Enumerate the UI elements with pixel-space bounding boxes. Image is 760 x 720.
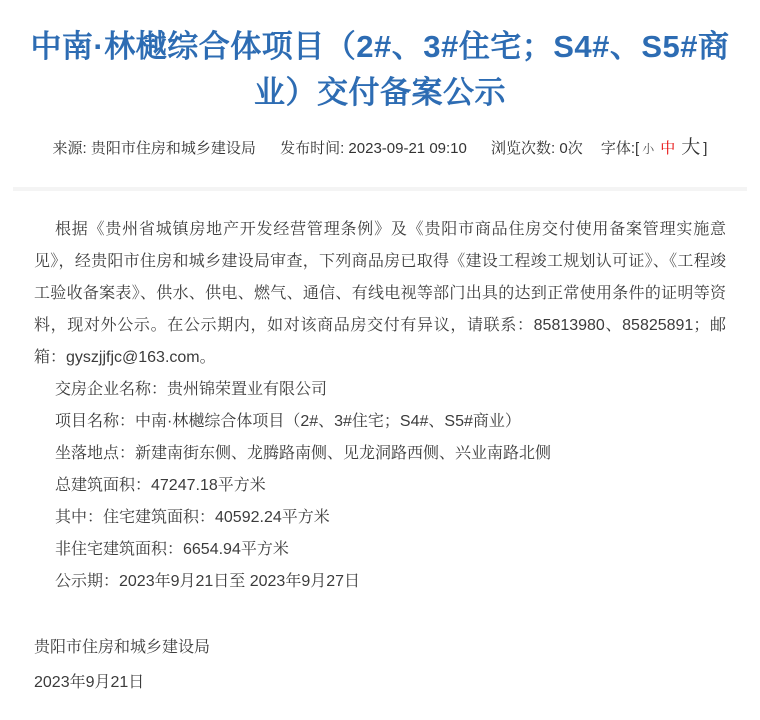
signature-date: 2023年9月21日	[34, 665, 714, 700]
font-size-medium-button[interactable]: 中	[660, 140, 675, 157]
font-size-bracket-close: ]	[703, 140, 707, 157]
font-size-control: 字体:[小中大]	[601, 132, 708, 159]
location-line: 坐落地点：新建南街东侧、龙腾路南侧、见龙洞路西侧、兴业南路北侧	[34, 438, 726, 470]
article-body: 根据《贵州省城镇房地产开发经营管理条例》及《贵阳市商品住房交付使用备案管理实施意…	[0, 191, 760, 700]
meta-view-count: 浏览次数: 0次	[491, 137, 583, 158]
view-count-label: 浏览次数:	[491, 140, 555, 157]
total-area-line: 总建筑面积：47247.18平方米	[34, 470, 726, 502]
publish-time-value: 2023-09-21 09:10	[348, 140, 466, 157]
project-name-line: 项目名称：中南·林樾综合体项目（2#、3#住宅；S4#、S5#商业）	[34, 406, 726, 438]
source-value: 贵阳市住房和城乡建设局	[91, 140, 256, 157]
signature-block: 贵阳市住房和城乡建设局 2023年9月21日	[34, 630, 726, 700]
main-paragraph: 根据《贵州省城镇房地产开发经营管理条例》及《贵阳市商品住房交付使用备案管理实施意…	[34, 214, 726, 374]
source-label: 来源:	[53, 140, 87, 157]
meta-publish-time: 发布时间: 2023-09-21 09:10	[280, 137, 467, 158]
view-count-value: 0次	[559, 140, 582, 157]
non-residential-area-line: 非住宅建筑面积：6654.94平方米	[34, 534, 726, 566]
font-size-large-button[interactable]: 大	[681, 137, 700, 158]
publicity-period-line: 公示期：2023年9月21日至 2023年9月27日	[34, 566, 726, 598]
font-size-label: 字体:[	[601, 140, 639, 157]
company-name-line: 交房企业名称：贵州锦荣置业有限公司	[34, 374, 726, 406]
signature-department: 贵阳市住房和城乡建设局	[34, 630, 714, 665]
meta-bar: 来源: 贵阳市住房和城乡建设局 发布时间: 2023-09-21 09:10 浏…	[0, 132, 760, 159]
font-size-small-button[interactable]: 小	[642, 142, 654, 156]
notice-page: 中南·林樾综合体项目（2#、3#住宅；S4#、S5#商业）交付备案公示 来源: …	[0, 0, 760, 720]
page-title: 中南·林樾综合体项目（2#、3#住宅；S4#、S5#商业）交付备案公示	[22, 24, 738, 116]
meta-source: 来源: 贵阳市住房和城乡建设局	[53, 137, 256, 158]
publish-time-label: 发布时间:	[280, 140, 344, 157]
residential-area-line: 其中：住宅建筑面积：40592.24平方米	[34, 502, 726, 534]
